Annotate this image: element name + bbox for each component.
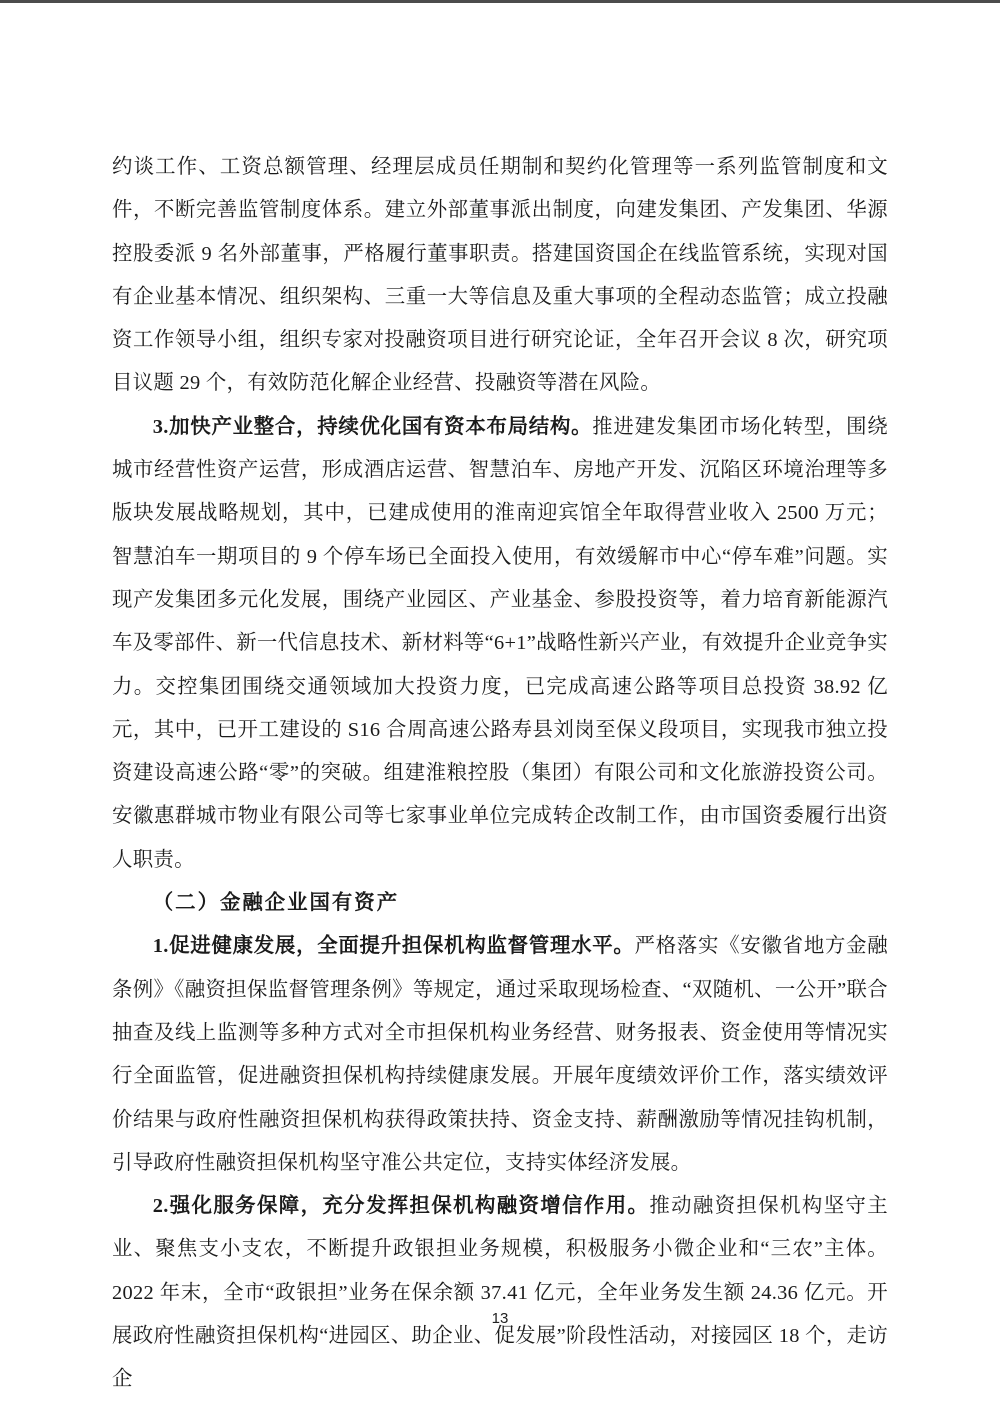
paragraph-continuation: 约谈工作、工资总额管理、经理层成员任期制和契约化管理等一系列监管制度和文件，不断… <box>112 146 888 406</box>
paragraph-item-1: 1.促进健康发展，全面提升担保机构监督管理水平。严格落实《安徽省地方金融条例》《… <box>112 925 888 1185</box>
paragraph-item-1-body: 严格落实《安徽省地方金融条例》《融资担保监督管理条例》等规定，通过采取现场检查、… <box>112 935 888 1173</box>
paragraph-item-3: 3.加快产业整合，持续优化国有资本布局结构。推进建发集团市场化转型，围绕城市经营… <box>112 406 888 882</box>
document-body: 约谈工作、工资总额管理、经理层成员任期制和契约化管理等一系列监管制度和文件，不断… <box>112 146 888 1402</box>
paragraph-item-2: 2.强化服务保障，充分发挥担保机构融资增信作用。推动融资担保机构坚守主业、聚焦支… <box>112 1185 888 1401</box>
paragraph-item-3-body: 推进建发集团市场化转型，围绕城市经营性资产运营，形成酒店运营、智慧泊车、房地产开… <box>112 416 888 871</box>
paragraph-item-3-lead: 3.加快产业整合，持续优化国有资本布局结构。 <box>153 416 592 438</box>
scan-top-edge <box>0 0 1000 3</box>
paragraph-item-2-lead: 2.强化服务保障，充分发挥担保机构融资增信作用。 <box>153 1195 650 1217</box>
paragraph-item-2-body: 推动融资担保机构坚守主业、聚焦支小支农，不断提升政银担业务规模，积极服务小微企业… <box>112 1195 888 1390</box>
section-heading-2: （二）金融企业国有资产 <box>112 882 888 925</box>
page-number: 13 <box>0 1308 1000 1330</box>
paragraph-item-1-lead: 1.促进健康发展，全面提升担保机构监督管理水平。 <box>153 935 635 957</box>
